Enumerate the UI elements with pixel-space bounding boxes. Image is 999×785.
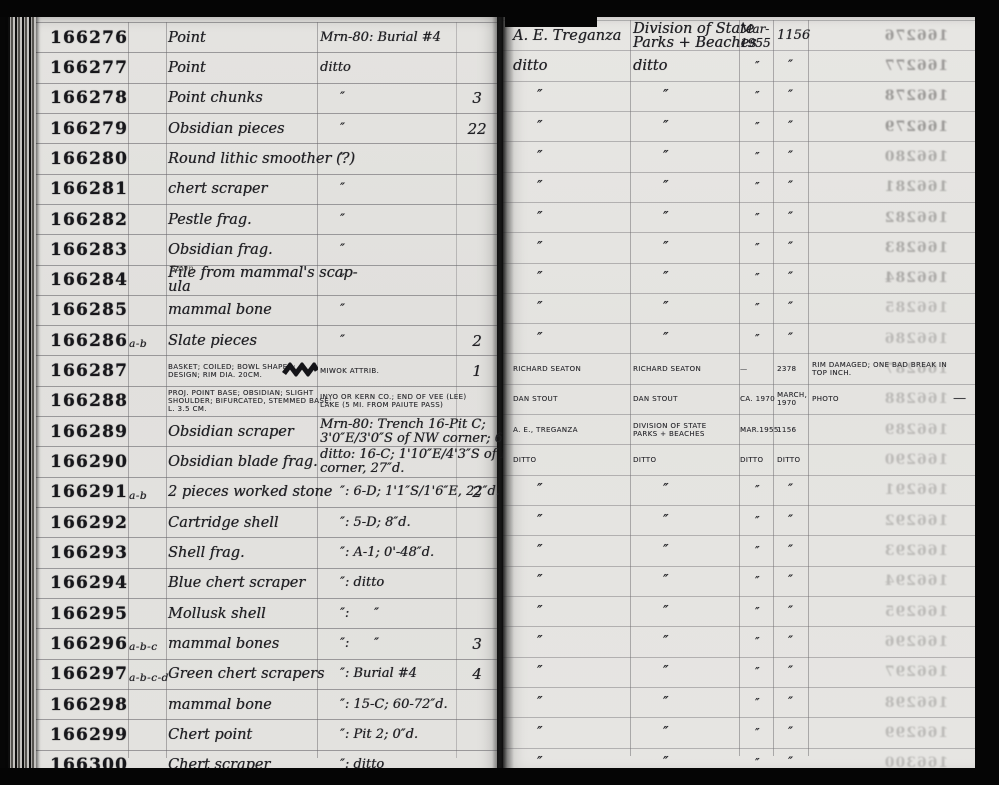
- collector-name: ″: [537, 544, 542, 558]
- specimen-description: Pestle frag.: [168, 213, 252, 227]
- accession-number: ″: [788, 483, 793, 497]
- ledger-page-left: 166276 Point Mrn-80: Burial #4 166277 Po…: [36, 17, 497, 770]
- catalog-number: 166289: [50, 425, 128, 439]
- collector-name: ″: [537, 514, 542, 528]
- catalog-row-details: ″ ″ ″ ″ 166296: [503, 627, 975, 657]
- date-field: ″: [755, 150, 759, 164]
- accession-number: ″: [788, 696, 793, 710]
- catalog-row: 166282 Pestle frag. ″: [36, 205, 497, 235]
- received-from: DIVISION OF STATE PARKS + BEACHES: [633, 422, 706, 438]
- catalog-number: 166294: [50, 576, 128, 590]
- collector-name: ″: [537, 635, 542, 649]
- catalog-row-details: ″ ″ ″ ″ 166298: [503, 688, 975, 718]
- accession-number: DITTO: [777, 456, 800, 464]
- collector-name: DITTO: [513, 456, 536, 464]
- catalog-row-details: ″ ″ ″ ″ 166294: [503, 567, 975, 597]
- catalog-row-details: DITTO DITTO DITTO DITTO 166290: [503, 445, 975, 475]
- provenance: ″: [340, 273, 345, 287]
- catalog-row-details: ″ ″ ″ ″ 166282: [503, 203, 975, 233]
- specimen-description: Round lithic smoother (?): [168, 152, 355, 166]
- catalog-number: 166299: [50, 728, 128, 742]
- catalog-row: 166286 a-b Slate pieces ″ 2: [36, 326, 497, 356]
- specimen-description: File from mammal's scap- ula: [168, 266, 358, 294]
- collector-name: ″: [537, 605, 542, 619]
- date-field: Mar- 1955: [740, 22, 771, 50]
- catalog-row: 166294 Blue chert scraper ″: ditto: [36, 569, 497, 599]
- catalog-row-details: ″ ″ ″ ″ 166295: [503, 597, 975, 627]
- catalog-row-details: ″ ″ ″ ″ 166285: [503, 294, 975, 324]
- bleed-through-number: 166292: [881, 514, 951, 528]
- date-field: ″: [755, 120, 759, 134]
- catalog-number: 166291: [50, 485, 128, 499]
- provenance: ″: 15-C; 60-72″d.: [340, 698, 448, 712]
- catalog-number: 166285: [50, 303, 128, 317]
- date-field: ″: [755, 544, 759, 558]
- received-from: ″: [663, 483, 668, 497]
- provenance: Mrn-80: Trench 16-Pit C; 3'0″E/3'0″S of …: [320, 418, 520, 446]
- collector-name: ″: [537, 665, 542, 679]
- received-from: ″: [663, 605, 668, 619]
- specimen-description: mammal bone: [168, 698, 272, 712]
- specimen-count: 2: [460, 334, 494, 348]
- catalog-number-suffix: a-b-c: [129, 640, 157, 654]
- catalog-row: 166291 a-b 2 pieces worked stone ″: 6-D;…: [36, 478, 497, 508]
- received-from: ″: [663, 665, 668, 679]
- accession-number: ″: [788, 180, 793, 194]
- catalog-row: 166297 a-b-c-d Green chert scrapers ″: B…: [36, 660, 497, 690]
- collector-name: ″: [537, 696, 542, 710]
- date-field: ″: [755, 514, 759, 528]
- collector-name: ″: [537, 271, 542, 285]
- date-field: DITTO: [740, 456, 763, 464]
- catalog-row-details: A. E., TREGANZA DIVISION OF STATE PARKS …: [503, 415, 975, 445]
- catalog-row-details: ″ ″ ″ ″ 166293: [503, 536, 975, 566]
- catalog-number: 166284: [50, 273, 128, 287]
- bleed-through-number: 166281: [881, 180, 951, 194]
- bleed-through-number: 166285: [881, 301, 951, 315]
- date-field: ″: [755, 726, 759, 740]
- catalog-row: 166277 Point ditto: [36, 53, 497, 83]
- catalog-row: 166295 Mollusk shell ″: ″: [36, 599, 497, 629]
- catalog-number: 166286: [50, 334, 128, 348]
- collector-name: DAN STOUT: [513, 395, 558, 403]
- date-field: CA. 1970: [740, 395, 775, 403]
- collector-name: ″: [537, 150, 542, 164]
- specimen-description: Point: [168, 31, 206, 45]
- specimen-description: Slate pieces: [168, 334, 257, 348]
- collector-name: ″: [537, 120, 542, 134]
- date-field: ″: [755, 574, 759, 588]
- catalog-row: 166287 BASKET; COILED; BOWL SHAPED; DESI…: [36, 356, 497, 386]
- provenance: ″: [340, 152, 345, 166]
- collector-name: ″: [537, 726, 542, 740]
- provenance: ″: ″: [340, 607, 379, 621]
- received-from: ditto: [633, 59, 667, 73]
- accession-number: ″: [788, 301, 793, 315]
- provenance: ″: ″: [340, 637, 379, 651]
- received-from: ″: [663, 89, 668, 103]
- catalog-row: 166293 Shell frag. ″: A-1; 0'-48″d.: [36, 538, 497, 568]
- received-from: ″: [663, 211, 668, 225]
- date-field: ″: [755, 271, 759, 285]
- specimen-description: PROJ. POINT BASE; OBSIDIAN; SLIGHT SHOUL…: [168, 389, 332, 413]
- catalog-number: 166288: [50, 394, 128, 408]
- catalog-row-details: ″ ″ ″ ″ 166283: [503, 233, 975, 263]
- specimen-count: 4: [460, 667, 494, 681]
- date-field: ″: [755, 180, 759, 194]
- provenance: ″: [340, 122, 345, 136]
- received-from: ″: [663, 696, 668, 710]
- received-from: ″: [663, 514, 668, 528]
- accession-number: ″: [788, 120, 793, 134]
- specimen-description: Cartridge shell: [168, 516, 278, 530]
- left-page-rows: 166276 Point Mrn-80: Burial #4 166277 Po…: [36, 22, 497, 781]
- date-field: ″: [755, 635, 759, 649]
- date-field: ″: [755, 332, 759, 346]
- right-page-rows: A. E. Treganza Division of State Parks +…: [503, 20, 975, 779]
- accession-number: ″: [788, 59, 793, 73]
- accession-number: MARCH, 1970: [777, 391, 807, 407]
- received-from: DAN STOUT: [633, 395, 678, 403]
- received-from: DITTO: [633, 456, 656, 464]
- date-field: —: [740, 365, 747, 373]
- bleed-through-number: 166284: [881, 271, 951, 285]
- catalog-row-details: ditto ditto ″ ″ 166277: [503, 51, 975, 81]
- accession-number: ″: [788, 726, 793, 740]
- catalog-number: 166298: [50, 698, 128, 712]
- date-field: ″: [755, 89, 759, 103]
- provenance: ″: Pit 2; 0″d.: [340, 728, 418, 742]
- catalog-number: 166295: [50, 607, 128, 621]
- accession-number: 2378: [777, 365, 796, 373]
- bleed-through-number: 166277: [881, 59, 951, 73]
- bleed-through-dash: —: [953, 392, 966, 406]
- catalog-row-details: RICHARD SEATON RICHARD SEATON — 2378 RIM…: [503, 354, 975, 384]
- scanner-background-top: [0, 0, 999, 17]
- accession-number: ″: [788, 605, 793, 619]
- accession-number: ″: [788, 271, 793, 285]
- specimen-description: mammal bones: [168, 637, 279, 651]
- accession-number: 1156: [777, 29, 810, 43]
- catalog-row: 166280 Round lithic smoother (?) ″: [36, 144, 497, 174]
- catalog-number: 166277: [50, 61, 128, 75]
- catalog-row: 166276 Point Mrn-80: Burial #4: [36, 23, 497, 53]
- catalog-number: 166287: [50, 364, 128, 378]
- date-field: ″: [755, 59, 759, 73]
- catalog-row: 166278 Point chunks ″ 3: [36, 84, 497, 114]
- accession-number: ″: [788, 332, 793, 346]
- accession-number: 1156: [777, 426, 796, 434]
- specimen-description: Green chert scrapers: [168, 667, 324, 681]
- catalog-row-details: ″ ″ ″ ″ 166286: [503, 324, 975, 354]
- provenance: ″: ditto: [340, 576, 384, 590]
- remarks: PHOTO: [812, 395, 839, 403]
- catalog-row: 166299 Chert point ″: Pit 2; 0″d.: [36, 720, 497, 750]
- received-from: RICHARD SEATON: [633, 365, 701, 373]
- catalog-number-suffix: a-b-c-d: [129, 671, 169, 685]
- specimen-description: mammal bone: [168, 303, 272, 317]
- received-from: ″: [663, 120, 668, 134]
- scanner-background-bottom: [0, 768, 999, 785]
- accession-number: ″: [788, 514, 793, 528]
- provenance: ″: [340, 91, 345, 105]
- bleed-through-number: 166282: [881, 211, 951, 225]
- collector-name: RICHARD SEATON: [513, 365, 581, 373]
- ledger-gutter: [492, 15, 514, 770]
- provenance: ″: A-1; 0'-48″d.: [340, 546, 434, 560]
- ledger-page-right: A. E. Treganza Division of State Parks +…: [503, 15, 975, 768]
- specimen-count: 3: [460, 91, 494, 105]
- bleed-through-number: 166278: [881, 89, 951, 103]
- collector-name: ″: [537, 301, 542, 315]
- received-from: ″: [663, 332, 668, 346]
- accession-number: ″: [788, 241, 793, 255]
- scanner-background-right: [975, 0, 999, 785]
- date-field: ″: [755, 241, 759, 255]
- catalog-row: 166290 Obsidian blade frag. ditto: 16-C;…: [36, 447, 497, 477]
- bleed-through-number: 166296: [881, 635, 951, 649]
- specimen-description: Obsidian frag.: [168, 243, 273, 257]
- date-field: ″: [755, 605, 759, 619]
- bleed-through-number: 166289: [881, 423, 951, 437]
- collector-name: ″: [537, 332, 542, 346]
- catalog-row: 166284 Sawn File from mammal's scap- ula…: [36, 266, 497, 296]
- accession-number: ″: [788, 665, 793, 679]
- specimen-description: chert scraper: [168, 182, 267, 196]
- provenance: ″: 5-D; 8″d.: [340, 516, 411, 530]
- catalog-number: 166290: [50, 455, 128, 469]
- accession-number: ″: [788, 89, 793, 103]
- specimen-description: Obsidian pieces: [168, 122, 284, 136]
- accession-number: ″: [788, 574, 793, 588]
- collector-name: ditto: [513, 59, 547, 73]
- specimen-description: Point chunks: [168, 91, 263, 105]
- specimen-description: Obsidian scraper: [168, 425, 294, 439]
- catalog-row-details: ″ ″ ″ ″ 166299: [503, 718, 975, 748]
- collector-name: A. E. Treganza: [513, 29, 621, 43]
- bleed-through-number: 166287: [881, 362, 951, 376]
- provenance: ″: Burial #4: [340, 667, 417, 681]
- collector-name: ″: [537, 211, 542, 225]
- catalog-number: 166297: [50, 667, 128, 681]
- provenance: MIWOK ATTRIB.: [320, 367, 379, 375]
- catalog-row-details: ″ ″ ″ ″ 166297: [503, 658, 975, 688]
- catalog-row: 166288 PROJ. POINT BASE; OBSIDIAN; SLIGH…: [36, 387, 497, 417]
- collector-name: A. E., TREGANZA: [513, 426, 578, 434]
- specimen-count: 2: [460, 485, 494, 499]
- provenance: ″: [340, 243, 345, 257]
- provenance: Mrn-80: Burial #4: [320, 31, 441, 45]
- catalog-row: 166298 mammal bone ″: 15-C; 60-72″d.: [36, 690, 497, 720]
- bleed-through-number: 166294: [881, 574, 951, 588]
- specimen-description: BASKET; COILED; BOWL SHAPED; DESIGN; RIM…: [168, 363, 296, 379]
- received-from: ″: [663, 180, 668, 194]
- provenance: ″: [340, 303, 345, 317]
- catalog-row: 166289 Obsidian scraper Mrn-80: Trench 1…: [36, 417, 497, 447]
- catalog-row: 166285 mammal bone ″: [36, 296, 497, 326]
- catalog-number: 166283: [50, 243, 128, 257]
- catalog-number: 166296: [50, 637, 128, 651]
- specimen-description: Obsidian blade frag.: [168, 455, 318, 469]
- received-from: ″: [663, 271, 668, 285]
- scanner-background-notch: [505, 0, 597, 27]
- catalog-number: 166280: [50, 152, 128, 166]
- zigzag-design-drawing: [282, 362, 318, 381]
- collector-name: ″: [537, 574, 542, 588]
- catalog-number-suffix: a-b: [129, 489, 147, 503]
- catalog-number: 166279: [50, 122, 128, 136]
- catalog-number: 166278: [50, 91, 128, 105]
- catalog-row-details: ″ ″ ″ ″ 166291: [503, 476, 975, 506]
- collector-name: ″: [537, 483, 542, 497]
- catalog-row: 166296 a-b-c mammal bones ″: ″ 3: [36, 629, 497, 659]
- bleed-through-number: 166280: [881, 150, 951, 164]
- collector-name: ″: [537, 180, 542, 194]
- date-field: ″: [755, 483, 759, 497]
- catalog-number: 166281: [50, 182, 128, 196]
- bleed-through-number: 166297: [881, 665, 951, 679]
- bleed-through-number: 166293: [881, 544, 951, 558]
- bleed-through-number: 166291: [881, 483, 951, 497]
- catalog-number: 166276: [50, 31, 128, 45]
- bleed-through-number: 166299: [881, 726, 951, 740]
- received-from: ″: [663, 241, 668, 255]
- received-from: ″: [663, 301, 668, 315]
- accession-number: ″: [788, 635, 793, 649]
- received-from: ″: [663, 726, 668, 740]
- catalog-row-details: ″ ″ ″ ″ 166281: [503, 173, 975, 203]
- accession-number: ″: [788, 211, 793, 225]
- received-from: ″: [663, 574, 668, 588]
- received-from: Division of State Parks + Beaches: [633, 22, 757, 50]
- date-field: ″: [755, 696, 759, 710]
- date-field: ″: [755, 211, 759, 225]
- catalog-row-details: ″ ″ ″ ″ 166278: [503, 82, 975, 112]
- date-field: ″: [755, 301, 759, 315]
- bleed-through-number: 166286: [881, 332, 951, 346]
- catalog-row-details: DAN STOUT DAN STOUT CA. 1970 MARCH, 1970…: [503, 385, 975, 415]
- catalog-row-details: ″ ″ ″ ″ 166284: [503, 264, 975, 294]
- catalog-row-details: ″ ″ ″ ″ 166292: [503, 506, 975, 536]
- page-edge-stack: [8, 12, 36, 774]
- collector-name: ″: [537, 89, 542, 103]
- provenance: INYO OR KERN CO.; END OF VEE (LEE) LAKE …: [320, 393, 467, 409]
- specimen-description: Chert point: [168, 728, 252, 742]
- bleed-through-number: 166290: [881, 453, 951, 467]
- date-field: MAR.1955: [740, 426, 779, 434]
- bleed-through-number: 166288: [881, 392, 951, 406]
- received-from: ″: [663, 150, 668, 164]
- collector-name: ″: [537, 241, 542, 255]
- bleed-through-number: 166298: [881, 696, 951, 710]
- received-from: ″: [663, 635, 668, 649]
- bleed-through-number: 166276: [881, 29, 951, 43]
- catalog-row: 166292 Cartridge shell ″: 5-D; 8″d.: [36, 508, 497, 538]
- received-from: ″: [663, 544, 668, 558]
- catalog-number-suffix: a-b: [129, 337, 147, 351]
- catalog-row: 166283 Obsidian frag. ″: [36, 235, 497, 265]
- provenance: ditto: [320, 61, 351, 75]
- catalog-number: 166293: [50, 546, 128, 560]
- specimen-description: Shell frag.: [168, 546, 245, 560]
- catalog-row-details: ″ ″ ″ ″ 166279: [503, 112, 975, 142]
- provenance: ″: [340, 182, 345, 196]
- specimen-description: 2 pieces worked stone: [168, 485, 332, 499]
- specimen-description: Point: [168, 61, 206, 75]
- specimen-description: Blue chert scraper: [168, 576, 305, 590]
- bleed-through-number: 166283: [881, 241, 951, 255]
- specimen-count: 3: [460, 637, 494, 651]
- catalog-number: 166282: [50, 213, 128, 227]
- provenance: ″: [340, 334, 345, 348]
- specimen-description: Mollusk shell: [168, 607, 266, 621]
- date-field: ″: [755, 665, 759, 679]
- specimen-count: 1: [460, 364, 494, 378]
- bleed-through-number: 166279: [881, 120, 951, 134]
- catalog-row: 166279 Obsidian pieces ″ 22: [36, 114, 497, 144]
- bleed-through-number: 166295: [881, 605, 951, 619]
- catalog-row: 166281 chert scraper ″: [36, 175, 497, 205]
- provenance: ″: [340, 213, 345, 227]
- accession-number: ″: [788, 544, 793, 558]
- specimen-count: 22: [460, 122, 494, 136]
- catalog-row-details: ″ ″ ″ ″ 166280: [503, 142, 975, 172]
- accession-number: ″: [788, 150, 793, 164]
- catalog-number: 166292: [50, 516, 128, 530]
